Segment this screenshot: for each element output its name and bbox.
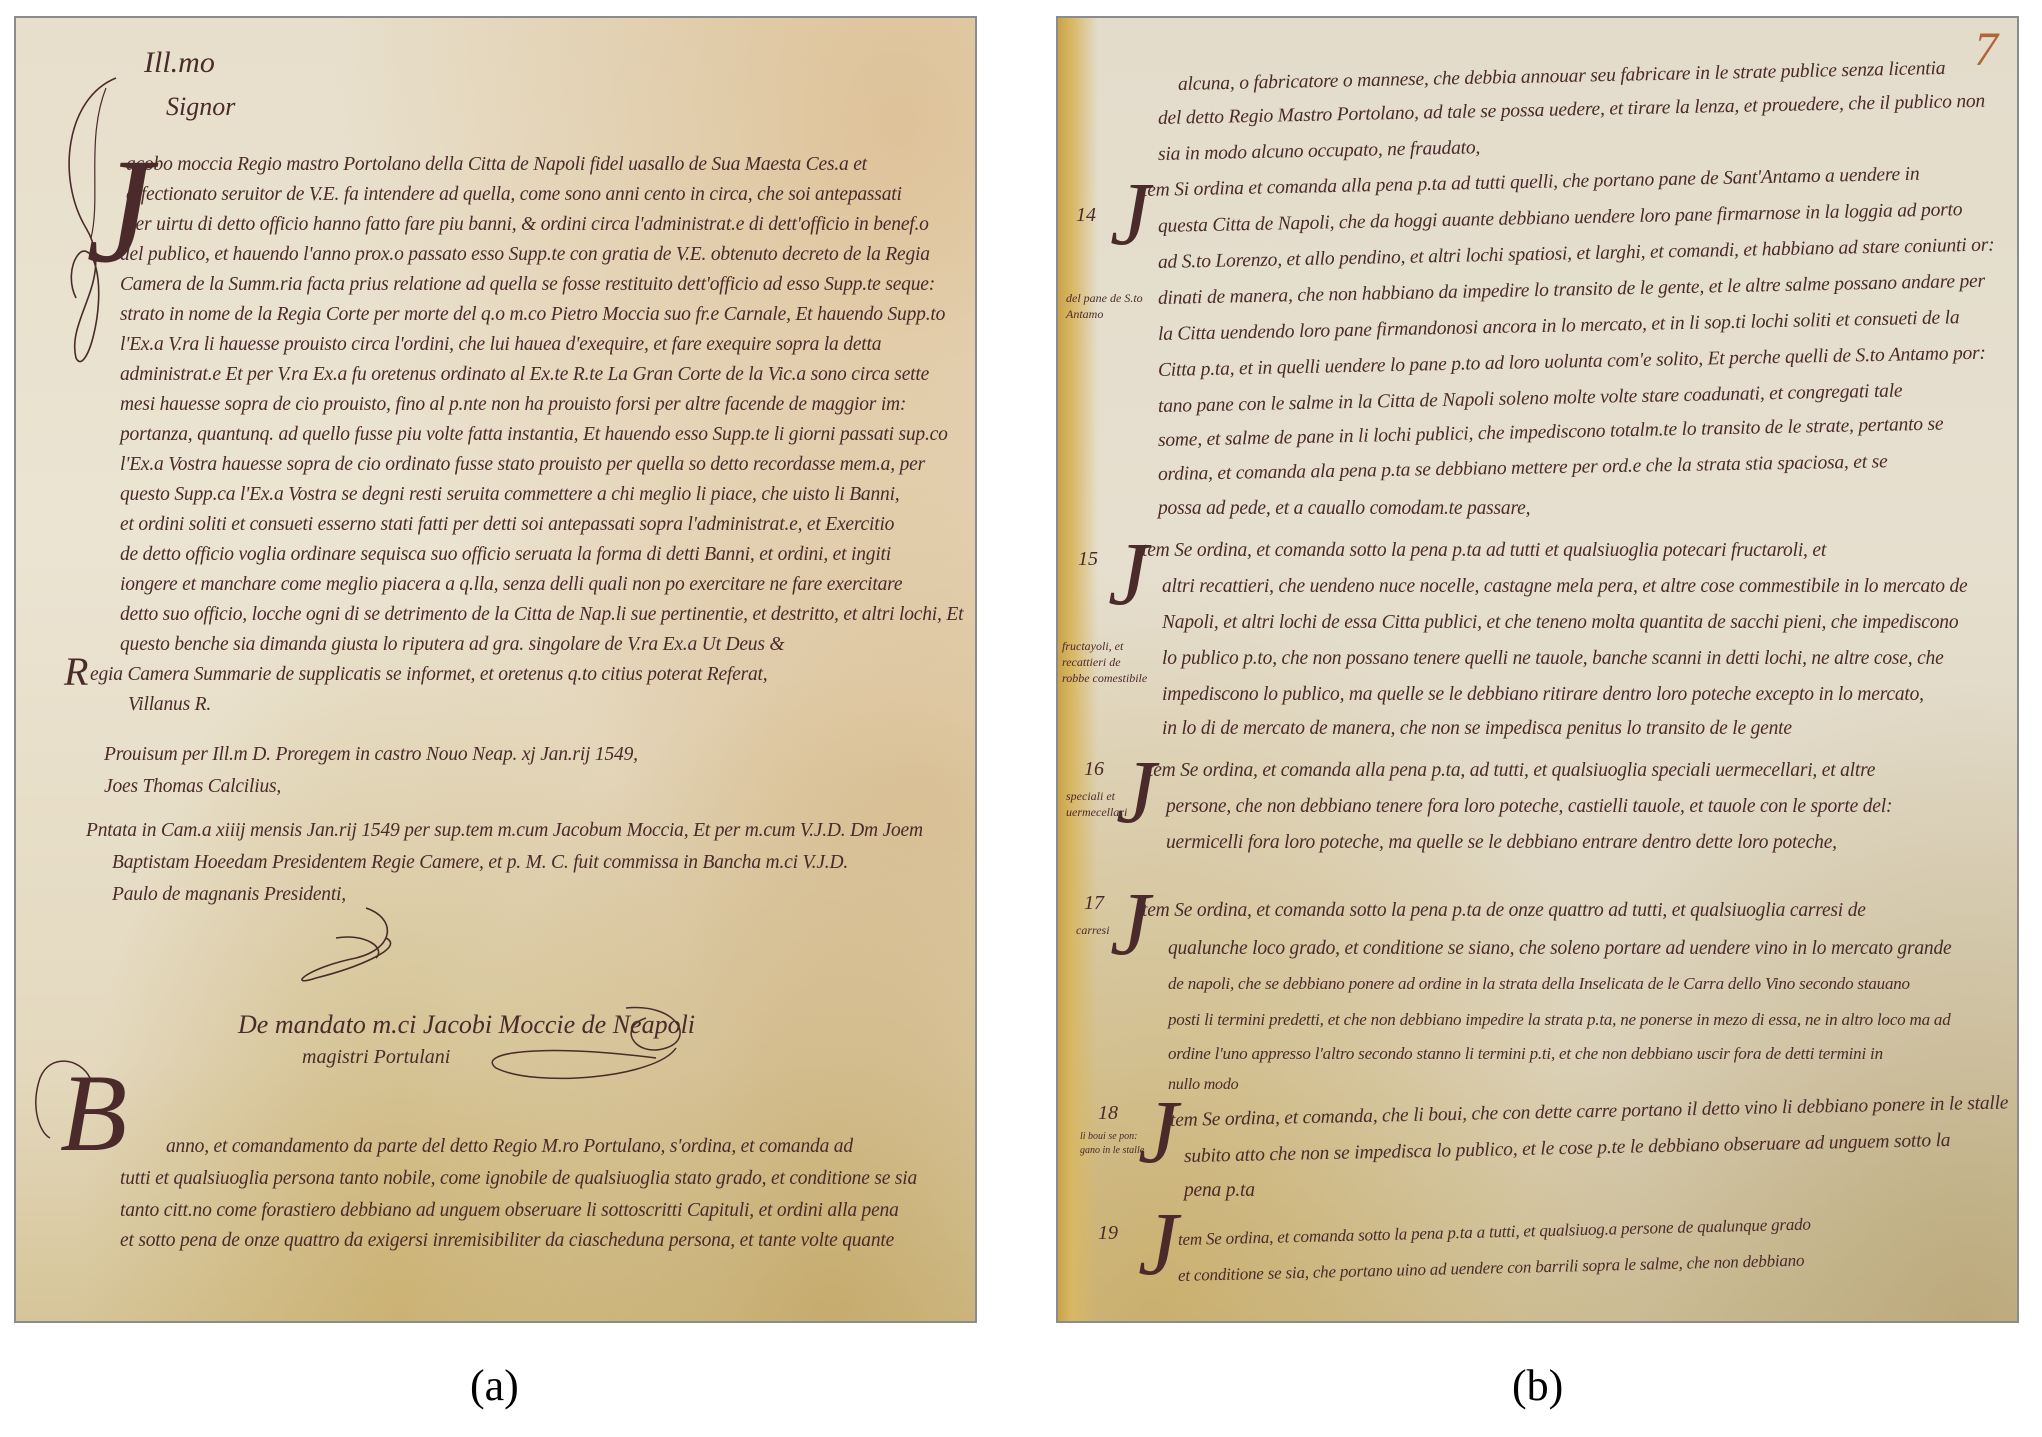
item-line: persone, che non debbiano tenere fora lo… (1166, 796, 1892, 818)
item-initial: J (1110, 880, 1150, 970)
item-line: uermicelli fora loro poteche, ma quelle … (1166, 832, 1837, 854)
body-line: detto suo officio, locche ogni di se det… (120, 604, 963, 626)
item-line: qualunche loco grado, et conditione se s… (1168, 938, 1951, 960)
manuscript-page-a: Ill.mo Signor J acobo moccia Regio mastr… (14, 16, 977, 1323)
decree-signer: Villanus R. (128, 694, 211, 716)
body-line: mesi hauesse sopra de cio prouisto, fino… (120, 394, 906, 416)
margin-note: fructayoli, et recattieri de robbe comes… (1062, 638, 1147, 687)
decree-line: egia Camera Summarie de supplicatis se i… (90, 664, 767, 686)
item-line: la Citta uendendo loro pane firmandonosi… (1158, 307, 1960, 346)
item-line: Citta p.ta, et in quelli uendere lo pane… (1158, 343, 1986, 382)
banno-line: tanto citt.no come forastiero debbiano a… (120, 1200, 899, 1222)
margin-note: carresi (1076, 922, 1110, 938)
item-line: in lo di de mercato de manera, che non s… (1162, 718, 1792, 740)
item-line: tem Se ordina, et comanda sotto la pena … (1142, 540, 1826, 562)
item-line: posti li termini predetti, et che non de… (1168, 1010, 1951, 1030)
item-line: tem Se ordina, et comanda sotto la pena … (1142, 900, 1866, 922)
body-line: et ordini soliti et consueti esserno sta… (120, 514, 894, 536)
opening-line: sia in modo alcuno occupato, ne fraudato… (1158, 137, 1481, 166)
item-number: 19 (1098, 1222, 1118, 1245)
opening-line: alcuna, o fabricatore o mannese, che deb… (1178, 58, 1946, 96)
margin-note: li boui se pon: gano in le stalle (1080, 1130, 1144, 1157)
body-line: l'Ex.a V.ra li hauesse prouisto circa l'… (120, 334, 881, 356)
item-line: et conditione se sia, che portano uino a… (1178, 1251, 1805, 1286)
body-line: per uirtu di detto officio hanno fatto f… (126, 214, 929, 236)
item-line: subito atto che non se impedisca lo publ… (1184, 1130, 1951, 1168)
opening-line: del detto Regio Mastro Portolano, ad tal… (1158, 91, 1985, 130)
manuscript-page-b: 7 alcuna, o fabricatore o mannese, che d… (1056, 16, 2019, 1323)
caption-a: (a) (470, 1360, 519, 1411)
mandato-flourish-icon (476, 998, 716, 1098)
body-line: Camera de la Summ.ria facta prius relati… (120, 274, 935, 296)
item-line: impediscono lo publico, ma quelle se le … (1162, 684, 1924, 706)
item-line: ordine l'uno appresso l'altro secondo st… (1168, 1044, 1883, 1064)
body-line: questo benche sia dimanda giusta lo ripu… (120, 634, 784, 656)
signature-flourish-icon (276, 898, 436, 988)
item-number: 15 (1078, 548, 1098, 571)
item-line: dinati de manera, che non habbiano da im… (1158, 271, 1985, 310)
item-line: some, et salme de pane in li lochi publi… (1158, 414, 1944, 452)
banno-line: tutti et qualsiuoglia persona tanto nobi… (120, 1168, 917, 1190)
item-line: tem Se ordina, et comanda, che li boui, … (1170, 1092, 2009, 1132)
item-line: questa Citta de Napoli, che da hoggi aua… (1158, 199, 1963, 238)
item-number: 14 (1076, 204, 1096, 227)
body-line: del publico, et hauendo l'anno prox.o pa… (120, 244, 930, 266)
body-line: portanza, quantunq. ad quello fusse piu … (120, 424, 948, 446)
body-line: de detto officio voglia ordinare sequisc… (120, 544, 891, 566)
item-line: ordina, et comanda ala pena p.ta se debb… (1158, 451, 1888, 486)
item-line: nullo modo (1168, 1076, 1238, 1094)
folio-mark: 7 (1974, 22, 1998, 77)
item-initial: J (1138, 1088, 1178, 1178)
presentata-line-2: Baptistam Hoeedam Presidentem Regie Came… (112, 852, 848, 874)
banno-line: et sotto pena de onze quattro da exigers… (120, 1230, 894, 1252)
item-line: possa ad pede, et a cauallo comodam.te p… (1158, 498, 1530, 520)
item-number: 16 (1084, 758, 1104, 781)
body-line: strato in nome de la Regia Corte per mor… (120, 304, 945, 326)
body-line: administrat.e Et per V.ra Ex.a fu oreten… (120, 364, 929, 386)
body-line: affectionato seruitor de V.E. fa intende… (126, 184, 902, 206)
body-line: acobo moccia Regio mastro Portolano dell… (126, 154, 867, 176)
banno-initial: B (60, 1058, 127, 1168)
body-line: questo Supp.ca l'Ex.a Vostra se degni re… (120, 484, 899, 506)
item-line: tano pane con le salme in la Citta de Na… (1158, 380, 1903, 418)
salutation-line-1: Ill.mo (144, 46, 215, 80)
item-line: altri recattieri, che uendeno nuce nocel… (1162, 576, 1967, 598)
margin-note: del pane de S.to Antamo (1066, 290, 1143, 322)
decree-initial: R (64, 648, 88, 695)
body-line: iongere et manchare come meglio piacera … (120, 574, 902, 596)
mandato-line-2: magistri Portulani (302, 1046, 450, 1069)
provisum-line-1: Prouisum per Ill.m D. Proregem in castro… (104, 744, 638, 766)
banno-line: anno, et comandamento da parte del detto… (166, 1136, 853, 1158)
item-initial: J (1138, 1200, 1178, 1290)
item-line: de napoli, che se debbiano ponere ad ord… (1168, 974, 1910, 994)
item-line: lo publico p.to, che non possano tenere … (1162, 648, 1944, 670)
caption-b: (b) (1512, 1360, 1563, 1411)
item-line: ad S.to Lorenzo, et allo pendino, et alt… (1158, 234, 1995, 274)
presentata-line-1: Pntata in Cam.a xiiij mensis Jan.rij 154… (86, 820, 923, 842)
item-number: 17 (1084, 892, 1104, 915)
item-line: tem Se ordina, et comanda sotto la pena … (1178, 1215, 1811, 1250)
item-line: Napoli, et altri lochi de essa Citta pub… (1162, 612, 1958, 634)
item-number: 18 (1098, 1102, 1118, 1125)
body-line: l'Ex.a Vostra hauesse sopra de cio ordin… (120, 454, 925, 476)
salutation-line-2: Signor (166, 92, 235, 122)
item-line: tem Se ordina, et comanda alla pena p.ta… (1148, 760, 1875, 782)
item-line: tem Si ordina et comanda alla pena p.ta … (1142, 164, 1920, 202)
item-line: pena p.ta (1184, 1180, 1255, 1202)
provisum-line-2: Joes Thomas Calcilius, (104, 776, 281, 798)
